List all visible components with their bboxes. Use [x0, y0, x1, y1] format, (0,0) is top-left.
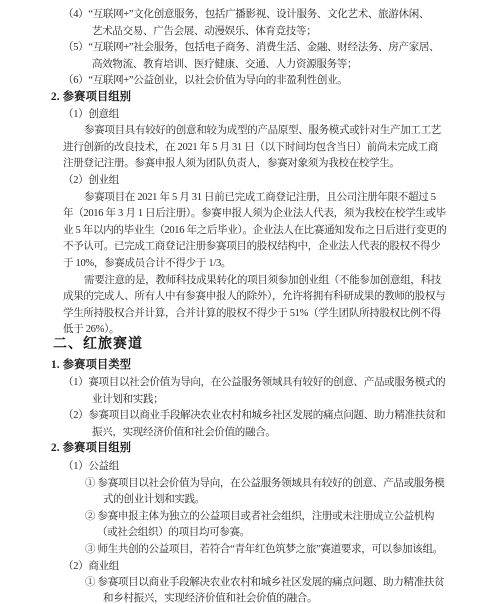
circled-item-1-continuation: 式的创业计划和实践。	[103, 493, 205, 506]
group-label-charity: （1）公益组	[63, 460, 119, 473]
list-item-1: （1）赛项目以社会价值为导向，在公益服务领域具有较好的创意、产品或服务模式的	[63, 376, 445, 389]
paragraph-line: 进行创新的改良技术，在 2021 年 5 月 31 日（以下时间均包含当日）前尚…	[63, 141, 438, 154]
circled-item-1-business-cont: 和乡村振兴，实现经济价值和社会价值的融合。	[103, 592, 317, 604]
group-label-creative: （1）创意组	[63, 108, 119, 121]
paragraph-line: 参赛项目在 2021 年 5 月 31 日前已完成工商登记注册，且公司注册年限不…	[84, 191, 436, 204]
group-label-business: （2）商业组	[63, 560, 119, 573]
paragraph-line: 不予认可。已完成工商登记注册参赛项目的股权结构中，企业法人代表的股权不得少	[63, 240, 440, 253]
list-item-4-continuation: 艺术品交易、广告会展、动漫娱乐、体育竞技等；	[92, 25, 316, 38]
document-page: （4）“互联网+”文化创意服务，包括广播影视、设计服务、文化艺术、旅游休闲、 艺…	[0, 0, 500, 604]
circled-item-1-business: ① 参赛项目以商业手段解决农业农村和城乡社区发展的痛点问题、助力精准扶贫	[85, 576, 444, 589]
paragraph-line: 低于 26%）。	[63, 323, 119, 336]
paragraph-line: 成果的完成人、所有人中有参赛申报人的除外），允许将拥有科研成果的教师的股权与	[63, 290, 445, 303]
paragraph-line: 注册登记注册。参赛申报人须为团队负责人，参赛对象须为我校在校学生。	[63, 157, 400, 170]
circled-item-2-continuation: （或社会组织）的项目均可参赛。	[97, 526, 250, 539]
paragraph-line: 需要注意的是，教师科技成果转化的项目须参加创业组（不能参加创意组，科技	[84, 274, 441, 287]
circled-item-2: ② 参赛申报主体为独立的公益项目或者社会组织，注册或未注册成立公益机构	[85, 510, 434, 523]
list-item-2-continuation: 振兴，实现经济价值和社会价值的融合。	[92, 426, 276, 439]
heading-red-tour-track: 二、红旅赛道	[53, 338, 143, 351]
paragraph-line: 参赛项目具有较好的创意和较为成型的产品原型、服务模式或针对生产加工工艺	[84, 124, 441, 137]
list-item-5-continuation: 高效物流、教育培训、医疗健康、交通、人力资源服务等；	[92, 58, 357, 71]
heading-project-groups-redtour: 2. 参赛项目组别	[51, 442, 131, 455]
paragraph-line: 于 10%，参赛成员合计不得少于 1/3。	[63, 257, 231, 270]
paragraph-line: 业 5 年以内的毕业生（2016 年之后毕业）。企业法人在比赛通知发布之日后进行…	[63, 224, 446, 237]
circled-item-1: ① 参赛项目以社会价值为导向，在公益服务领域具有较好的创意、产品或服务模	[85, 477, 444, 490]
list-item-4: （4）“互联网+”文化创意服务，包括广播影视、设计服务、文化艺术、旅游休闲、	[63, 8, 429, 21]
list-item-5: （5）“互联网+”社会服务，包括电子商务、消费生活、金融、财经法务、房产家居、	[63, 41, 439, 54]
heading-project-types: 1. 参赛项目类型	[51, 359, 131, 372]
list-item-2: （2）参赛项目以商业手段解决农业农村和城乡社区发展的痛点问题、助力精准扶贫和	[63, 409, 445, 422]
paragraph-line: 年（2016 年 3 月 1 日后注册）。参赛申报人须为企业法人代表，须为我校在…	[63, 207, 446, 220]
list-item-6: （6）“互联网+”公益创业，以社会价值为导向的非盈利性创业。	[63, 74, 348, 87]
heading-project-groups: 2. 参赛项目组别	[51, 91, 131, 104]
circled-item-3: ③ 师生共创的公益项目，若符合“青年红色筑梦之旅”赛道要求，可以参加该组。	[85, 543, 443, 556]
list-item-1-continuation: 业计划和实践；	[92, 393, 163, 406]
paragraph-line: 学生所持股权合并计算，合并计算的股权不得少于 51%（学生团队所持股权比例不得	[63, 307, 441, 320]
group-label-startup: （2）创业组	[63, 174, 119, 187]
